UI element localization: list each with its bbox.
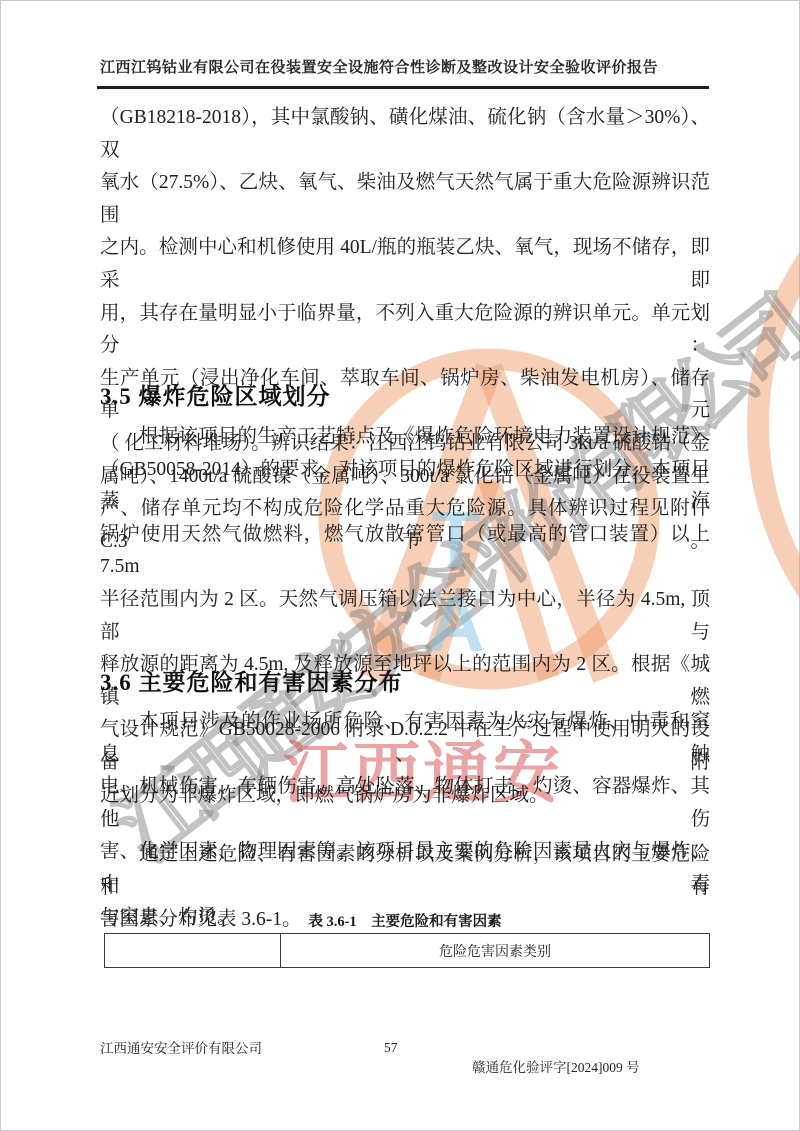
text-line: 本项目涉及的作业场所危险、有害因素为火灾与爆炸、中毒和窒息、触 xyxy=(100,706,710,771)
text-line: （GB18218-2018），其中氯酸钠、磺化煤油、硫化钠（含水量＞30%）、双 xyxy=(100,102,710,167)
hazard-factors-table: 危险危害因素类别 xyxy=(104,933,710,968)
section-heading-3-6: 3.6 主要危险和有害因素分布 xyxy=(100,664,710,697)
text-line: 之内。检测中心和机修使用 40L/瓶的瓶装乙炔、氧气，现场不储存，即采即 xyxy=(100,232,710,297)
footer-company-name: 江西通安安全评价有限公司 xyxy=(100,1037,262,1057)
footer-page-number: 57 xyxy=(384,1040,398,1056)
table-cell-category-header: 危险危害因素类别 xyxy=(281,934,710,968)
text-line: （GB50058-2014）的要求，对该项目的爆炸危险区域进行划分，本项目蒸汽 xyxy=(100,454,710,519)
text-line: 用，其存在量明显小于临界量，不列入重大危险源的辨识单元。单元划分： xyxy=(100,298,710,363)
page-header-title: 江西江钨钴业有限公司在役装置安全设施符合性诊断及整改设计安全验收评价报告 xyxy=(100,56,720,77)
section-heading-3-5: 3.5 爆炸危险区域划分 xyxy=(100,378,710,411)
text-line: 根据该项目的生产工艺特点及《爆炸危险环境电力装置设计规范》 xyxy=(100,421,710,454)
header-rule xyxy=(97,86,709,89)
text-line: 电、机械伤害、车辆伤害、高处坠落、物体打击、灼烫、容器爆炸、其他伤 xyxy=(100,771,710,836)
text-line: 半径范围内为 2 区。天然气调压箱以法兰接口为中心，半径为 4.5m, 顶部与 xyxy=(100,584,710,649)
text-line: 锅炉使用天然气做燃料，燃气放散管管口（或最高的管口装置）以上 7.5m xyxy=(100,519,710,584)
table-cell-empty xyxy=(105,934,281,968)
footer-document-number: 赣通危化验评字[2024]009 号 xyxy=(472,1056,640,1076)
table-caption: 表 3.6-1 主要危险和有害因素 xyxy=(100,910,710,931)
text-line: 氧水（27.5%）、乙炔、氧气、柴油及燃气天然气属于重大危险源辨识范围 xyxy=(100,167,710,232)
table-row: 危险危害因素类别 xyxy=(105,934,710,968)
document-page: 江西通安安全评价有限公司 T A 江西通安 江西江钨钴业有限公司在役装置安全设施… xyxy=(0,0,800,1131)
text-line: 通过上述危险、有害因素的分析以及案例分析，该项目的主要危险和有 xyxy=(100,839,710,904)
